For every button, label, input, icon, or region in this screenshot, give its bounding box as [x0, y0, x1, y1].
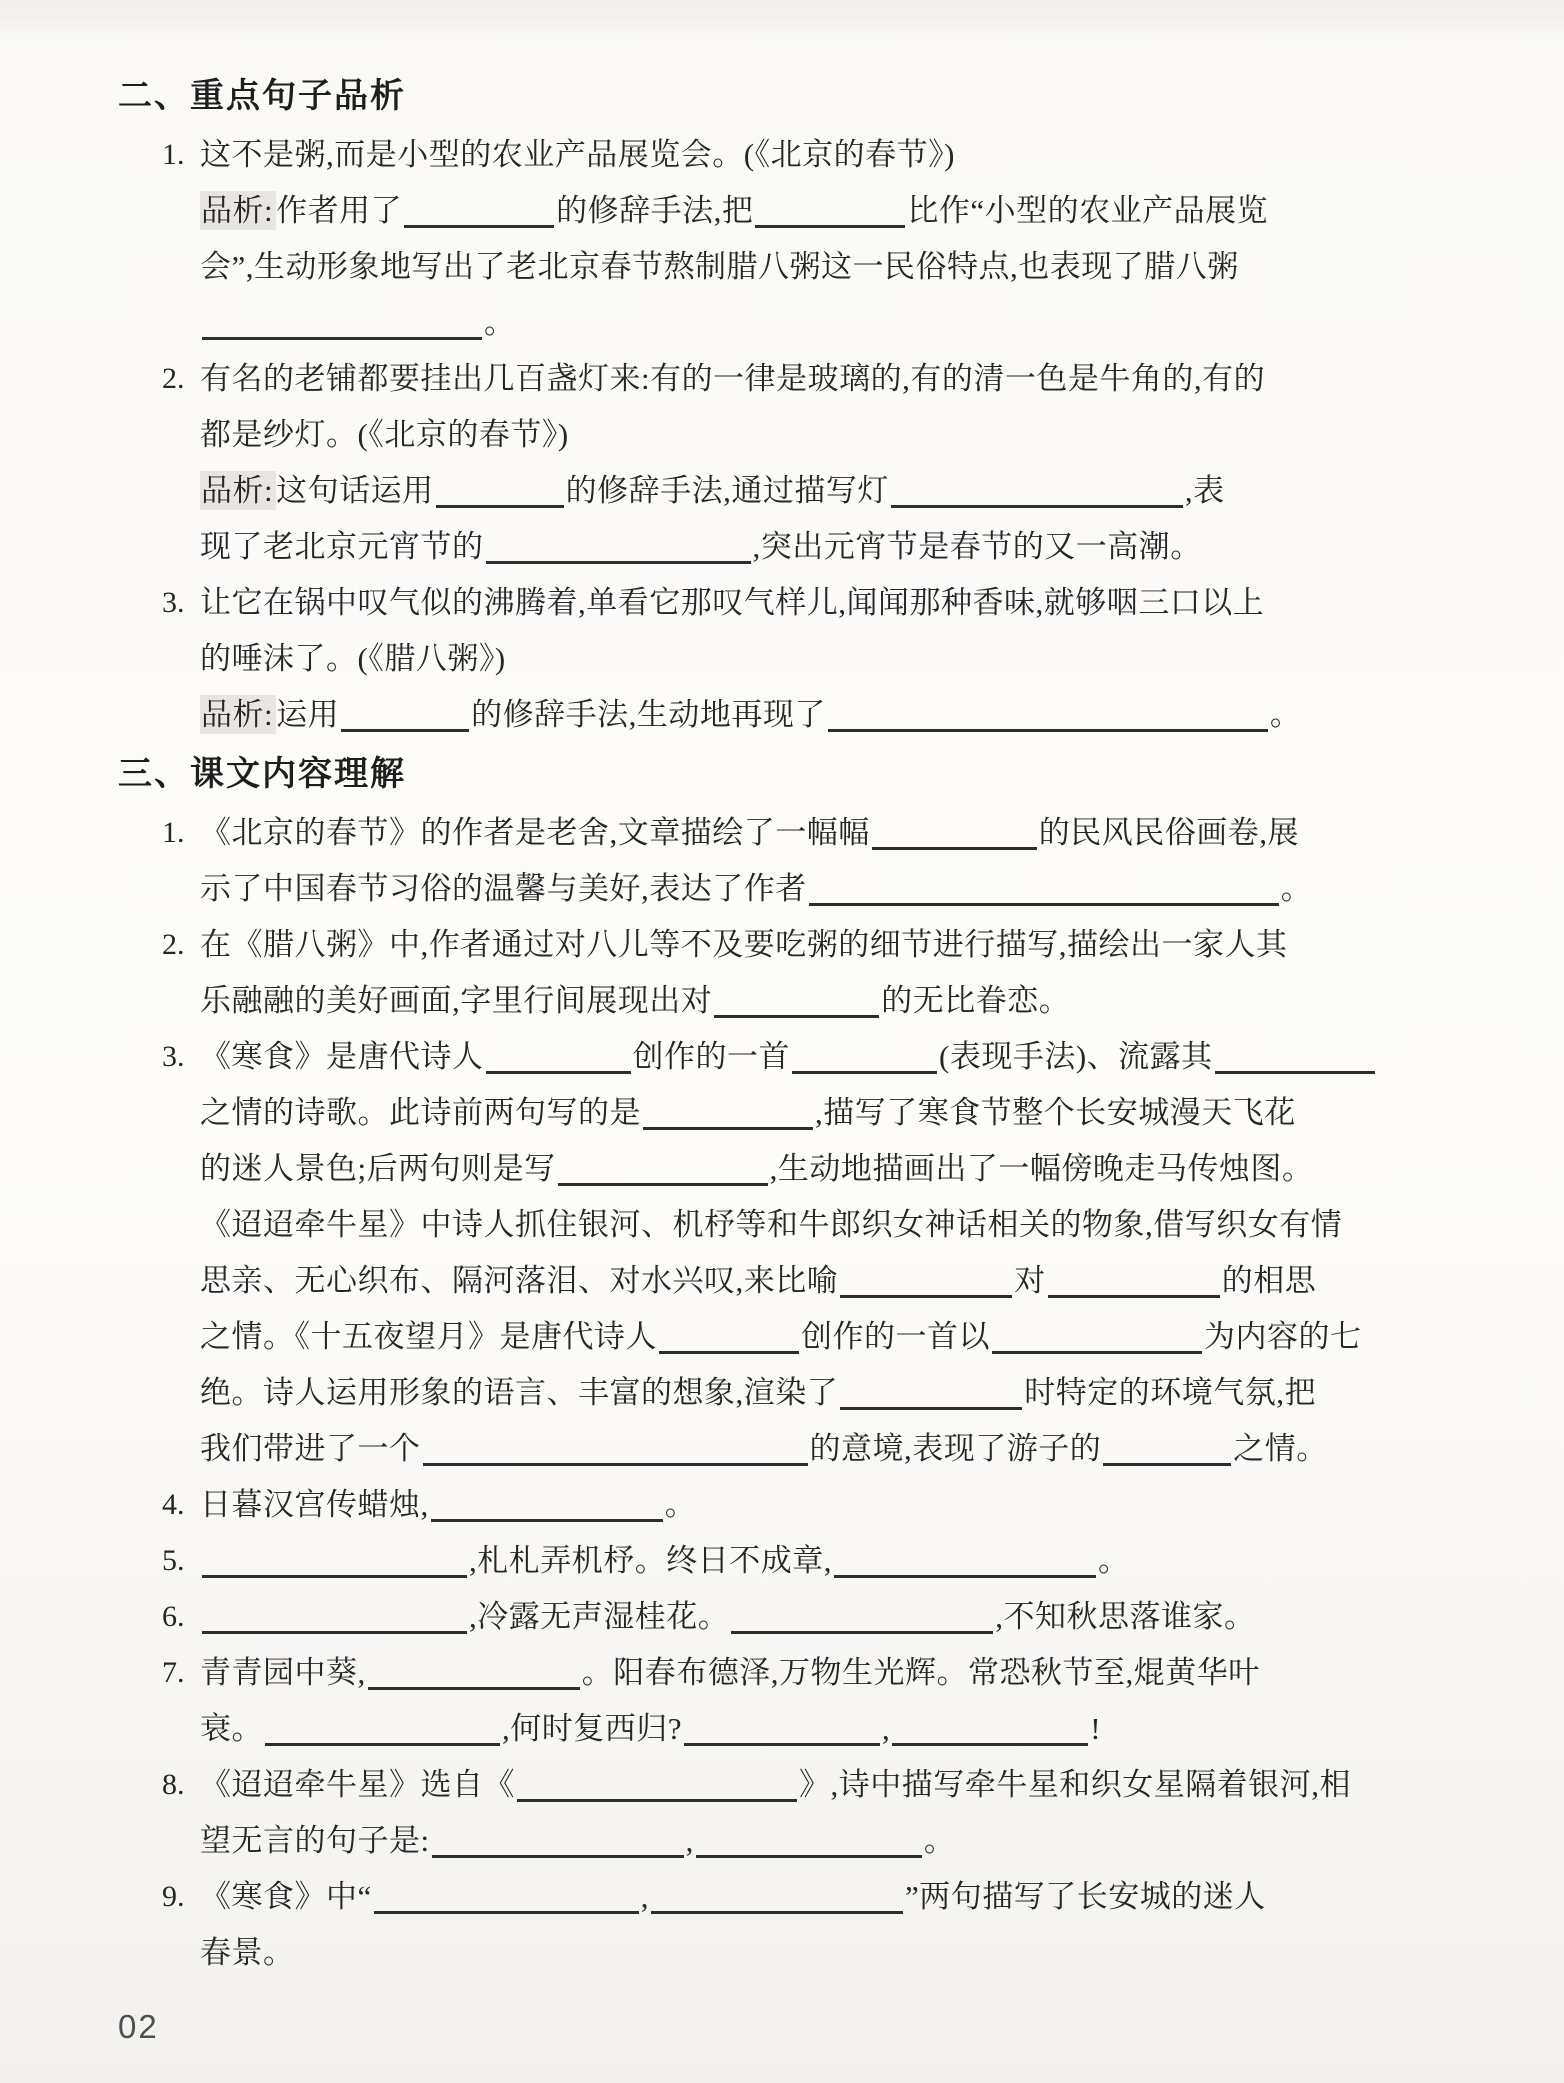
text-segment: 。 [484, 305, 516, 340]
answer-blank [840, 1397, 1022, 1410]
answer-blank [202, 327, 482, 340]
text-segment: 青青园中葵, [200, 1655, 366, 1690]
answer-blank [651, 1901, 903, 1914]
text-segment: ,突出元宵节是春节的又一高潮。 [753, 529, 1202, 564]
answer-blank [1048, 1285, 1220, 1298]
question-item: 3.让它在锅中叹气似的沸腾着,单看它那叹气样儿,闻闻那种香味,就够咽三口以上的唾… [200, 575, 1470, 743]
text-segment: ,表 [1185, 473, 1225, 508]
answer-blank [834, 1565, 1096, 1578]
text-segment: 示了中国春节习俗的温馨与美好,表达了作者 [200, 871, 807, 906]
text-segment: 望无言的句子是: [200, 1823, 430, 1858]
question-number: 6. [162, 1589, 185, 1645]
text-line: 品析:运用的修辞手法,生动地再现了。 [200, 687, 1470, 743]
page-bottom-edge [0, 2069, 1564, 2083]
text-segment: 这句话运用 [276, 473, 434, 508]
text-line: 的唾沫了。(《腊八粥》) [200, 631, 1470, 687]
answer-blank [731, 1621, 993, 1634]
text-line: 望无言的句子是:,。 [200, 1813, 1470, 1869]
text-segment: 绝。诗人运用形象的语言、丰富的想象,渲染了 [200, 1375, 838, 1410]
answer-blank [1103, 1453, 1231, 1466]
answer-blank [643, 1117, 813, 1130]
text-line: 乐融融的美好画面,字里行间展现出对的无比眷恋。 [200, 973, 1470, 1029]
text-segment: 的意境,表现了游子的 [810, 1431, 1102, 1466]
text-segment: 之情。《十五夜望月》是唐代诗人 [200, 1319, 657, 1354]
text-line: ,札札弄机杼。终日不成章,。 [200, 1533, 1470, 1589]
text-segment: 会”,生动形象地写出了老北京春节熬制腊八粥这一民俗特点,也表现了腊八粥 [200, 249, 1239, 284]
question-number: 3. [162, 1029, 185, 1085]
text-segment: 的修辞手法,通过描写灯 [566, 473, 889, 508]
text-segment: , [882, 1711, 890, 1746]
text-segment: ,札札弄机杼。终日不成章, [469, 1543, 832, 1578]
answer-blank [517, 1789, 797, 1802]
text-line: 在《腊八粥》中,作者通过对八儿等不及要吃粥的细节进行描写,描绘出一家人其 [200, 917, 1470, 973]
answer-blank [404, 215, 554, 228]
question-item: 9.《寒食》中“,”两句描写了长安城的迷人春景。 [200, 1869, 1470, 1981]
answer-blank [374, 1901, 639, 1914]
text-segment: 的无比眷恋。 [881, 983, 1070, 1018]
analysis-label: 品析: [200, 471, 276, 510]
text-line: 《迢迢牵牛星》中诗人抓住银河、机杼等和牛郎织女神话相关的物象,借写织女有情 [200, 1197, 1470, 1253]
question-number: 1. [162, 127, 185, 183]
text-line: 之情。《十五夜望月》是唐代诗人创作的一首以为内容的七 [200, 1309, 1470, 1365]
answer-blank [828, 719, 1268, 732]
text-segment: 的修辞手法,把 [556, 193, 753, 228]
text-segment: 。 [924, 1823, 956, 1858]
question-number: 5. [162, 1533, 185, 1589]
text-segment: 。 [1098, 1543, 1130, 1578]
question-item: 3.《寒食》是唐代诗人创作的一首(表现手法)、流露其之情的诗歌。此诗前两句写的是… [200, 1029, 1470, 1477]
text-segment: 《迢迢牵牛星》中诗人抓住银河、机杼等和牛郎织女神话相关的物象,借写织女有情 [200, 1207, 1342, 1242]
worksheet-page: 二、重点句子品析1.这不是粥,而是小型的农业产品展览会。(《北京的春节》)品析:… [0, 0, 1564, 2083]
section-heading: 二、重点句子品析 [118, 65, 1470, 127]
answer-blank [558, 1173, 768, 1186]
question-number: 7. [162, 1645, 185, 1701]
text-line: 品析:这句话运用的修辞手法,通过描写灯,表 [200, 463, 1470, 519]
text-segment: 乐融融的美好画面,字里行间展现出对 [200, 983, 712, 1018]
text-line: 思亲、无心织布、隔河落泪、对水兴叹,来比喻对的相思 [200, 1253, 1470, 1309]
question-item: 8.《迢迢牵牛星》选自《》,诗中描写牵牛星和织女星隔着银河,相望无言的句子是:,… [200, 1757, 1470, 1869]
text-line: 品析:作者用了的修辞手法,把比作“小型的农业产品展览 [200, 183, 1470, 239]
text-line: 这不是粥,而是小型的农业产品展览会。(《北京的春节》) [200, 127, 1470, 183]
text-segment: 这不是粥,而是小型的农业产品展览会。(《北京的春节》) [200, 137, 955, 172]
answer-blank [265, 1733, 500, 1746]
answer-blank [755, 215, 905, 228]
text-line: 的迷人景色;后两句则是写,生动地描画出了一幅傍晚走马传烛图。 [200, 1141, 1470, 1197]
text-segment: 思亲、无心织布、隔河落泪、对水兴叹,来比喻 [200, 1263, 838, 1298]
text-segment: 之情。 [1233, 1431, 1328, 1466]
page-number: 02 [118, 2008, 159, 2046]
answer-blank [368, 1677, 580, 1690]
question-number: 1. [162, 805, 185, 861]
text-line: 有名的老铺都要挂出几百盏灯来:有的一律是玻璃的,有的清一色是牛角的,有的 [200, 351, 1470, 407]
text-segment: 的迷人景色;后两句则是写 [200, 1151, 556, 1186]
text-segment: (表现手法)、流露其 [939, 1039, 1213, 1074]
text-segment: 的相思 [1222, 1263, 1317, 1298]
text-segment: 让它在锅中叹气似的沸腾着,单看它那叹气样儿,闻闻那种香味,就够咽三口以上 [200, 585, 1264, 620]
text-segment: 的修辞手法,生动地再现了 [471, 697, 826, 732]
text-segment: , [641, 1879, 649, 1914]
text-segment: 。 [665, 1487, 697, 1522]
answer-blank [436, 495, 564, 508]
text-segment: 作者用了 [276, 193, 402, 228]
analysis-label: 品析: [200, 191, 276, 230]
text-segment: ”两句描写了长安城的迷人 [905, 1879, 1266, 1914]
answer-blank [992, 1341, 1202, 1354]
text-line: 青青园中葵,。阳春布德泽,万物生光辉。常恐秋节至,焜黄华叶 [200, 1645, 1470, 1701]
answer-blank [809, 893, 1279, 906]
text-segment: 日暮汉宫传蜡烛, [200, 1487, 429, 1522]
answer-blank [840, 1285, 1012, 1298]
question-number: 9. [162, 1869, 185, 1925]
text-line: 春景。 [200, 1925, 1470, 1981]
text-line: 我们带进了一个的意境,表现了游子的之情。 [200, 1421, 1470, 1477]
text-segment: 《迢迢牵牛星》选自《 [200, 1767, 515, 1802]
answer-blank [486, 1061, 631, 1074]
text-line: 《北京的春节》的作者是老舍,文章描绘了一幅幅的民风民俗画卷,展 [200, 805, 1470, 861]
answer-blank [659, 1341, 799, 1354]
text-segment: 。 [1281, 871, 1313, 906]
question-number: 8. [162, 1757, 185, 1813]
text-line: 之情的诗歌。此诗前两句写的是,描写了寒食节整个长安城漫天飞花 [200, 1085, 1470, 1141]
text-segment: 的唾沫了。(《腊八粥》) [200, 641, 506, 676]
answer-blank [892, 1733, 1088, 1746]
question-item: 1.《北京的春节》的作者是老舍,文章描绘了一幅幅的民风民俗画卷,展示了中国春节习… [200, 805, 1470, 917]
text-line: ,冷露无声湿桂花。,不知秋思落谁家。 [200, 1589, 1470, 1645]
question-number: 2. [162, 917, 185, 973]
answer-blank [202, 1621, 467, 1634]
answer-blank [714, 1005, 879, 1018]
section-heading: 三、课文内容理解 [118, 743, 1470, 805]
text-line: 现了老北京元宵节的,突出元宵节是春节的又一高潮。 [200, 519, 1470, 575]
question-number: 3. [162, 575, 185, 631]
analysis-label: 品析: [200, 695, 276, 734]
text-line: 都是纱灯。(《北京的春节》) [200, 407, 1470, 463]
question-item: 2.在《腊八粥》中,作者通过对八儿等不及要吃粥的细节进行描写,描绘出一家人其乐融… [200, 917, 1470, 1029]
question-item: 5.,札札弄机杼。终日不成章,。 [200, 1533, 1470, 1589]
question-item: 1.这不是粥,而是小型的农业产品展览会。(《北京的春节》)品析:作者用了的修辞手… [200, 127, 1470, 351]
text-line: 日暮汉宫传蜡烛,。 [200, 1477, 1470, 1533]
answer-blank [792, 1061, 937, 1074]
text-segment: ,不知秋思落谁家。 [995, 1599, 1255, 1634]
text-segment: 比作“小型的农业产品展览 [907, 193, 1268, 228]
text-segment: 春景。 [200, 1935, 295, 1970]
text-segment: ,冷露无声湿桂花。 [469, 1599, 729, 1634]
text-line: 示了中国春节习俗的温馨与美好,表达了作者。 [200, 861, 1470, 917]
text-segment: 对 [1014, 1263, 1046, 1298]
answer-blank [696, 1845, 922, 1858]
answer-blank [432, 1845, 684, 1858]
worksheet-content: 二、重点句子品析1.这不是粥,而是小型的农业产品展览会。(《北京的春节》)品析:… [200, 65, 1470, 1981]
text-segment: 为内容的七 [1204, 1319, 1362, 1354]
text-segment: 。 [1270, 697, 1302, 732]
answer-blank [486, 551, 751, 564]
text-segment: 创作的一首以 [801, 1319, 990, 1354]
text-segment: , [686, 1823, 694, 1858]
text-segment: 的民风民俗画卷,展 [1039, 815, 1299, 850]
text-segment: 我们带进了一个 [200, 1431, 421, 1466]
text-line: 《迢迢牵牛星》选自《》,诗中描写牵牛星和织女星隔着银河,相 [200, 1757, 1470, 1813]
answer-blank [891, 495, 1183, 508]
text-line: 让它在锅中叹气似的沸腾着,单看它那叹气样儿,闻闻那种香味,就够咽三口以上 [200, 575, 1470, 631]
text-segment: 时特定的环境气氛,把 [1024, 1375, 1316, 1410]
answer-blank [872, 837, 1037, 850]
text-segment: 《寒食》是唐代诗人 [200, 1039, 484, 1074]
text-segment: ,生动地描画出了一幅傍晚走马传烛图。 [770, 1151, 1314, 1186]
question-item: 4.日暮汉宫传蜡烛,。 [200, 1477, 1470, 1533]
question-item: 2.有名的老铺都要挂出几百盏灯来:有的一律是玻璃的,有的清一色是牛角的,有的都是… [200, 351, 1470, 575]
text-segment: 现了老北京元宵节的 [200, 529, 484, 564]
answer-blank [1215, 1061, 1375, 1074]
question-item: 7.青青园中葵,。阳春布德泽,万物生光辉。常恐秋节至,焜黄华叶衰。,何时复西归?… [200, 1645, 1470, 1757]
text-line: 。 [200, 295, 1470, 351]
text-segment: 。阳春布德泽,万物生光辉。常恐秋节至,焜黄华叶 [582, 1655, 1260, 1690]
text-line: 衰。,何时复西归?,! [200, 1701, 1470, 1757]
text-segment: 运用 [276, 697, 339, 732]
question-item: 6.,冷露无声湿桂花。,不知秋思落谁家。 [200, 1589, 1470, 1645]
text-segment: ! [1090, 1711, 1101, 1746]
text-segment: 在《腊八粥》中,作者通过对八儿等不及要吃粥的细节进行描写,描绘出一家人其 [200, 927, 1288, 962]
answer-blank [431, 1509, 663, 1522]
text-segment: 都是纱灯。(《北京的春节》) [200, 417, 569, 452]
text-line: 绝。诗人运用形象的语言、丰富的想象,渲染了时特定的环境气氛,把 [200, 1365, 1470, 1421]
question-number: 2. [162, 351, 185, 407]
text-segment: 《寒食》中“ [200, 1879, 372, 1914]
text-segment: 》,诗中描写牵牛星和织女星隔着银河,相 [799, 1767, 1351, 1802]
text-segment: 《北京的春节》的作者是老舍,文章描绘了一幅幅 [200, 815, 870, 850]
answer-blank [202, 1565, 467, 1578]
text-segment: 之情的诗歌。此诗前两句写的是 [200, 1095, 641, 1130]
text-line: 《寒食》是唐代诗人创作的一首(表现手法)、流露其 [200, 1029, 1470, 1085]
text-line: 会”,生动形象地写出了老北京春节熬制腊八粥这一民俗特点,也表现了腊八粥 [200, 239, 1470, 295]
text-segment: ,何时复西归? [502, 1711, 682, 1746]
question-number: 4. [162, 1477, 185, 1533]
answer-blank [423, 1453, 808, 1466]
text-line: 《寒食》中“,”两句描写了长安城的迷人 [200, 1869, 1470, 1925]
answer-blank [684, 1733, 880, 1746]
text-segment: ,描写了寒食节整个长安城漫天飞花 [815, 1095, 1296, 1130]
text-segment: 衰。 [200, 1711, 263, 1746]
answer-blank [341, 719, 469, 732]
text-segment: 创作的一首 [633, 1039, 791, 1074]
text-segment: 有名的老铺都要挂出几百盏灯来:有的一律是玻璃的,有的清一色是牛角的,有的 [200, 361, 1265, 396]
